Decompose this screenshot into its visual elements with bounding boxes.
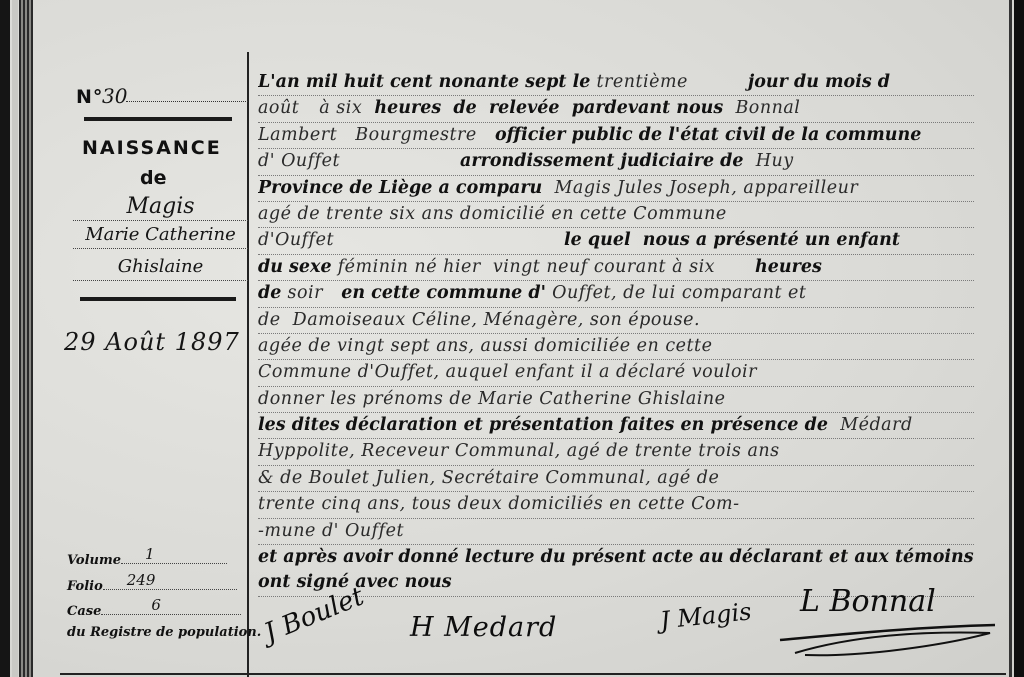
handwritten-text: août	[258, 96, 299, 121]
handwritten-text: féminin né hier vingt neuf courant à six	[338, 255, 715, 280]
entry-number-value: 30	[102, 84, 127, 108]
signature-declarant-magis: J Magis	[659, 597, 753, 634]
right-edge-line	[1009, 0, 1012, 677]
signature-flourish	[775, 605, 1005, 665]
record-line: & de Boulet Julien, Secrétaire Communal,…	[258, 466, 974, 492]
printed-text: heures de relevée pardevant nous	[362, 96, 735, 121]
handwritten-text: trente cinq ans, tous deux domiciliés en…	[258, 492, 740, 517]
record-line: d'Ouffetle quel nous a présenté un enfan…	[258, 228, 974, 254]
handwritten-text: donner les prénoms de Marie Catherine Gh…	[258, 387, 726, 412]
printed-text: les dites déclaration et présentation fa…	[258, 413, 840, 438]
binding-edge	[0, 0, 10, 677]
title-connector: de	[140, 167, 167, 189]
record-line: d' Ouffetarrondissement judiciaire de Hu…	[258, 149, 974, 175]
handwritten-text: Lambert Bourgmestre	[258, 123, 477, 148]
printed-text: jour du mois d	[748, 70, 890, 95]
right-edge	[1014, 0, 1024, 677]
handwritten-text: & de Boulet Julien, Secrétaire Communal,…	[258, 466, 719, 491]
handwritten-text: soir	[287, 281, 322, 306]
binding-gap	[12, 0, 18, 677]
record-line: aoûtà six heures de relevée pardevant no…	[258, 96, 974, 122]
printed-text: du sexe	[258, 255, 338, 280]
handwritten-text: -mune d' Ouffet	[258, 519, 404, 544]
record-line: Commune d'Ouffet, auquel enfant il a déc…	[258, 360, 974, 386]
entry-number-dots	[126, 101, 248, 102]
volume-label: Volume	[67, 553, 121, 568]
given-names-line-1: Marie Catherine	[73, 222, 248, 249]
handwritten-text: Magis Jules Joseph, appareilleur	[554, 176, 858, 201]
printed-text: en cette commune d'	[323, 281, 552, 306]
record-line: -mune d' Ouffet	[258, 519, 974, 545]
record-line: de Damoiseaux Céline, Ménagère, son épou…	[258, 308, 974, 334]
case-label: Case	[67, 604, 101, 619]
handwritten-text: agée de vingt sept ans, aussi domiciliée…	[258, 334, 712, 359]
record-line: du sexe féminin né hier vingt neuf coura…	[258, 255, 974, 281]
volume-value: 1	[145, 545, 155, 563]
handwritten-text: de Damoiseaux Céline, Ménagère, son épou…	[258, 308, 700, 333]
given-names-1: Marie Catherine	[85, 224, 236, 245]
folio-value: 249	[127, 571, 156, 589]
given-names-line-2: Ghislaine	[73, 254, 248, 281]
printed-text: Province de Liège a comparu	[258, 176, 554, 201]
handwritten-text: agé de trente six ans domicilié en cette…	[258, 202, 727, 227]
record-date: 29 Août 1897	[64, 328, 240, 356]
printed-text: officier public de l'état civil de la co…	[477, 123, 922, 148]
record-line: et après avoir donné lecture du présent …	[258, 545, 974, 570]
record-line: agée de vingt sept ans, aussi domiciliée…	[258, 334, 974, 360]
handwritten-text: Commune d'Ouffet, auquel enfant il a déc…	[258, 360, 757, 385]
surname: Magis	[126, 194, 194, 219]
printed-text: arrondissement judiciaire de	[460, 149, 756, 174]
record-line: Province de Liège a comparu Magis Jules …	[258, 176, 974, 202]
printed-text: et après avoir donné lecture du présent …	[258, 545, 974, 570]
register-footer: du Registre de population.	[67, 625, 261, 640]
rule-top	[84, 117, 232, 121]
printed-text: le quel nous a présenté un enfant	[564, 228, 900, 253]
document-page: N° 30 NAISSANCE de Magis Marie Catherine…	[0, 0, 1024, 677]
folio-label: Folio	[67, 579, 103, 594]
handwritten-text: à six	[319, 96, 362, 121]
entry-number-label: N°	[76, 86, 103, 108]
rule-bottom	[80, 297, 236, 301]
record-line: les dites déclaration et présentation fa…	[258, 413, 974, 439]
handwritten-text: Huy	[756, 149, 794, 174]
printed-text: de	[258, 281, 287, 306]
given-names-2: Ghislaine	[118, 256, 203, 277]
register-folio: Folio249	[67, 577, 237, 594]
record-line: donner les prénoms de Marie Catherine Gh…	[258, 387, 974, 413]
surname-line: Magis	[73, 194, 248, 221]
register-volume: Volume1	[67, 551, 227, 568]
record-line: Hyppolite, Receveur Communal, agé de tre…	[258, 439, 974, 465]
record-line: Lambert Bourgmestre officier public de l…	[258, 123, 974, 149]
bottom-rule	[60, 673, 1006, 675]
record-type-title: NAISSANCE	[82, 137, 222, 159]
handwritten-text: Bonnal	[735, 96, 800, 121]
handwritten-text: Ouffet, de lui comparant et	[552, 281, 806, 306]
record-line: L'an mil huit cent nonante sept le trent…	[258, 70, 974, 96]
handwritten-text: d' Ouffet	[258, 149, 340, 174]
column-divider	[247, 52, 249, 677]
handwritten-text: trentième	[596, 70, 687, 95]
register-case: Case6	[67, 602, 241, 619]
handwritten-text: Médard	[840, 413, 912, 438]
signature-witness-medard: H Medard	[410, 612, 557, 643]
printed-text: heures	[755, 255, 822, 280]
binding-stripes	[19, 0, 33, 677]
handwritten-text: d'Ouffet	[258, 228, 334, 253]
record-line: agé de trente six ans domicilié en cette…	[258, 202, 974, 228]
handwritten-text: Hyppolite, Receveur Communal, agé de tre…	[258, 439, 780, 464]
record-line: trente cinq ans, tous deux domiciliés en…	[258, 492, 974, 518]
record-body: L'an mil huit cent nonante sept le trent…	[258, 70, 974, 597]
case-value: 6	[151, 596, 161, 614]
record-line: de soir en cette commune d' Ouffet, de l…	[258, 281, 974, 307]
printed-text: L'an mil huit cent nonante sept le	[258, 70, 596, 95]
